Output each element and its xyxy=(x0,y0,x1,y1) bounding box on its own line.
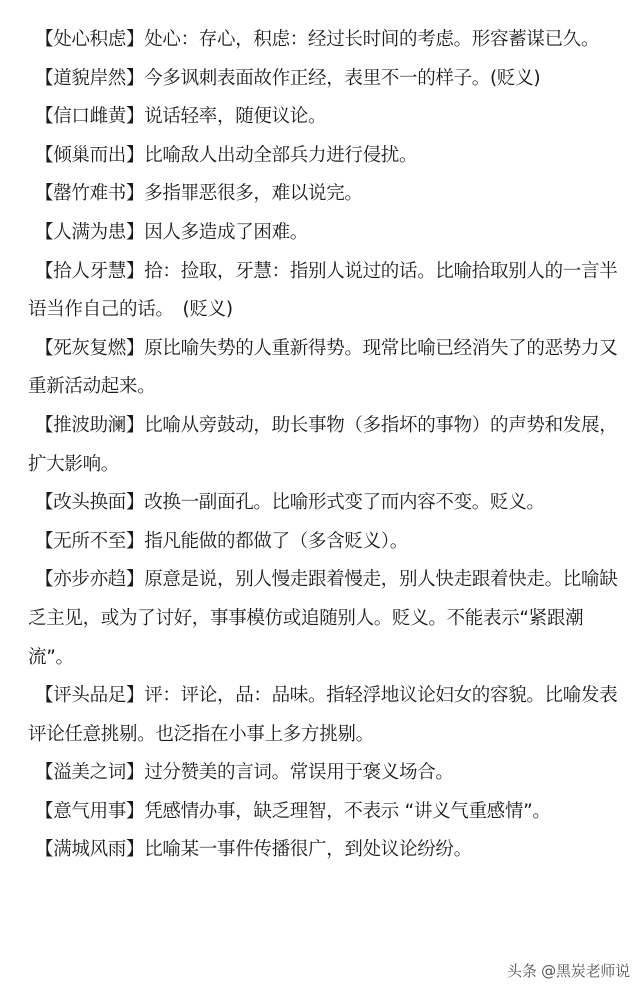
idiom-term: 【死灰复燃】 xyxy=(35,338,144,359)
idiom-definition: 过分赞美的言词。常误用于褒义场合。 xyxy=(144,762,453,783)
idiom-entry: 【罄竹难书】多指罪恶很多，难以说完。 xyxy=(28,175,618,214)
idiom-term: 【无所不至】 xyxy=(35,531,144,552)
idiom-entry: 【拾人牙慧】拾：捡取，牙慧：指别人说过的话。比喻拾取别人的一言半语当作自己的话。… xyxy=(28,253,618,330)
idiom-term: 【拾人牙慧】 xyxy=(35,261,144,282)
idiom-term: 【处心积虑】 xyxy=(35,29,144,50)
idiom-definition: 改换一副面孔。比喻形式变了而内容不变。贬义。 xyxy=(144,492,544,513)
idiom-term: 【溢美之词】 xyxy=(35,762,144,783)
idiom-term: 【道貌岸然】 xyxy=(35,68,144,89)
idiom-definition: 多指罪恶很多，难以说完。 xyxy=(144,183,362,204)
idiom-entry: 【亦步亦趋】原意是说，别人慢走跟着慢走，别人快走跟着快走。比喻缺乏主见，或为了讨… xyxy=(28,561,618,677)
idiom-definition: 处心：存心，积虑：经过长时间的考虑。形容蓄谋已久。 xyxy=(144,29,599,50)
idiom-term: 【意气用事】 xyxy=(35,801,144,822)
idiom-term: 【罄竹难书】 xyxy=(35,183,144,204)
idiom-entry: 【无所不至】指凡能做的都做了（多含贬义）。 xyxy=(28,523,618,562)
idiom-entry: 【人满为患】因人多造成了困难。 xyxy=(28,214,618,253)
idiom-entry: 【满城风雨】比喻某一事件传播很广，到处议论纷纷。 xyxy=(28,831,618,870)
idiom-term: 【满城风雨】 xyxy=(35,839,144,860)
idiom-entry: 【倾巢而出】比喻敌人出动全部兵力进行侵扰。 xyxy=(28,137,618,176)
idiom-definition: 今多讽刺表面故作正经，表里不一的样子。(贬义) xyxy=(144,68,540,89)
idiom-entry: 【死灰复燃】原比喻失势的人重新得势。现常比喻已经消失了的恶势力又重新活动起来。 xyxy=(28,330,618,407)
idiom-definition: 比喻某一事件传播很广，到处议论纷纷。 xyxy=(144,839,472,860)
idiom-entry: 【道貌岸然】今多讽刺表面故作正经，表里不一的样子。(贬义) xyxy=(28,60,618,99)
watermark: 头条 @黑炭老师说 xyxy=(507,960,630,981)
idiom-definition: 比喻敌人出动全部兵力进行侵扰。 xyxy=(144,145,417,166)
idiom-entry: 【信口雌黄】说话轻率，随便议论。 xyxy=(28,98,618,137)
idiom-term: 【推波助澜】 xyxy=(35,415,144,436)
idiom-entry: 【处心积虑】处心：存心，积虑：经过长时间的考虑。形容蓄谋已久。 xyxy=(28,21,618,60)
idiom-entry: 【推波助澜】比喻从旁鼓动，助长事物（多指坏的事物）的声势和发展，扩大影响。 xyxy=(28,407,618,484)
idiom-term: 【倾巢而出】 xyxy=(35,145,144,166)
idiom-definition: 凭感情办事，缺乏理智，不表示 “讲义气重感情”。 xyxy=(144,801,550,822)
idiom-term: 【亦步亦趋】 xyxy=(35,569,144,590)
idiom-term: 【信口雌黄】 xyxy=(35,106,144,127)
idiom-list: 【处心积虑】处心：存心，积虑：经过长时间的考虑。形容蓄谋已久。 【道貌岸然】今多… xyxy=(28,21,618,870)
idiom-term: 【改头换面】 xyxy=(35,492,144,513)
idiom-entry: 【溢美之词】过分赞美的言词。常误用于褒义场合。 xyxy=(28,754,618,793)
idiom-term: 【人满为患】 xyxy=(35,222,144,243)
idiom-definition: 说话轻率，随便议论。 xyxy=(144,106,326,127)
idiom-entry: 【评头品足】评：评论，品：品味。指轻浮地议论妇女的容貌。比喻发表评论任意挑剔。也… xyxy=(28,677,618,754)
idiom-entry: 【意气用事】凭感情办事，缺乏理智，不表示 “讲义气重感情”。 xyxy=(28,793,618,832)
idiom-term: 【评头品足】 xyxy=(35,685,144,706)
idiom-entry: 【改头换面】改换一副面孔。比喻形式变了而内容不变。贬义。 xyxy=(28,484,618,523)
idiom-definition: 指凡能做的都做了（多含贬义）。 xyxy=(144,531,408,552)
idiom-definition: 因人多造成了困难。 xyxy=(144,222,308,243)
